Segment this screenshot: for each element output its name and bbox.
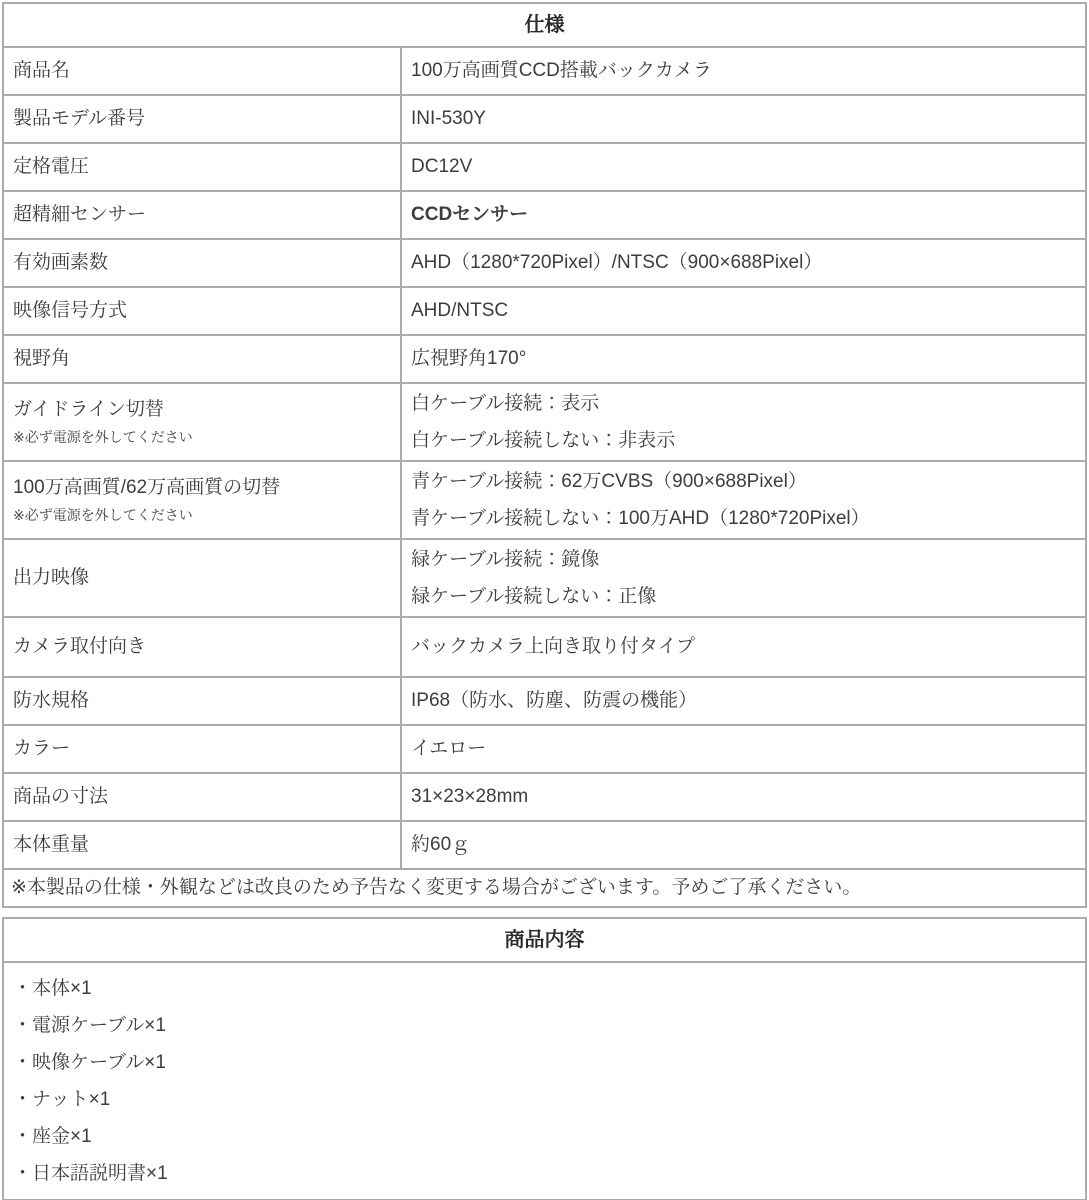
spec-label-cell: カラー [3, 725, 401, 773]
spec-value-cell: 青ケーブル接続：62万CVBS（900×688Pixel）青ケーブル接続しない：… [401, 461, 1086, 539]
spec-label: 100万高画質/62万高画質の切替 [13, 475, 391, 501]
spec-label: 定格電圧 [13, 154, 391, 180]
spec-row: 映像信号方式AHD/NTSC [3, 287, 1086, 335]
spec-label: カメラ取付向き [13, 634, 391, 660]
contents-item: ・日本語説明書×1 [13, 1155, 1076, 1192]
spec-label: 製品モデル番号 [13, 106, 391, 132]
spec-row: 防水規格IP68（防水、防塵、防震の機能） [3, 677, 1086, 725]
spec-footnote-row: ※本製品の仕様・外観などは改良のため予告なく変更する場合がございます。予めご了承… [3, 869, 1086, 907]
spec-row: 超精細センサーCCDセンサー [3, 191, 1086, 239]
spec-row: 商品の寸法31×23×28mm [3, 773, 1086, 821]
spec-value-cell: 白ケーブル接続：表示白ケーブル接続しない：非表示 [401, 383, 1086, 461]
spec-label-cell: カメラ取付向き [3, 617, 401, 677]
contents-table: 商品内容 ・本体×1・電源ケーブル×1・映像ケーブル×1・ナット×1・座金×1・… [2, 917, 1087, 1200]
spec-label-cell: 防水規格 [3, 677, 401, 725]
spec-label-cell: 商品の寸法 [3, 773, 401, 821]
spec-value-cell: 100万高画質CCD搭載バックカメラ [401, 47, 1086, 95]
contents-item: ・座金×1 [13, 1118, 1076, 1155]
spec-value-cell: 31×23×28mm [401, 773, 1086, 821]
spec-label: 出力映像 [13, 565, 391, 591]
spec-table-title: 仕様 [3, 3, 1086, 47]
product-spec-page: 仕様 商品名100万高画質CCD搭載バックカメラ製品モデル番号INI-530Y定… [0, 0, 1089, 1200]
spec-label-cell: 商品名 [3, 47, 401, 95]
spec-row: 視野角広視野角170° [3, 335, 1086, 383]
spec-value-cell: AHD（1280*720Pixel）/NTSC（900×688Pixel） [401, 239, 1086, 287]
spec-label-cell: 100万高画質/62万高画質の切替※必ず電源を外してください [3, 461, 401, 539]
spec-row: 製品モデル番号INI-530Y [3, 95, 1086, 143]
spec-label: ガイドライン切替 [13, 397, 391, 423]
spec-row: 100万高画質/62万高画質の切替※必ず電源を外してください青ケーブル接続：62… [3, 461, 1086, 539]
spec-label: 有効画素数 [13, 250, 391, 276]
spec-label: 商品名 [13, 58, 391, 84]
spec-value-cell: 約60ｇ [401, 821, 1086, 869]
spec-value-line: 青ケーブル接続しない：100万AHD（1280*720Pixel） [411, 500, 1076, 537]
spec-row: 出力映像緑ケーブル接続：鏡像緑ケーブル接続しない：正像 [3, 539, 1086, 617]
spec-label-cell: 有効画素数 [3, 239, 401, 287]
spec-row: 商品名100万高画質CCD搭載バックカメラ [3, 47, 1086, 95]
spec-value-line: 白ケーブル接続しない：非表示 [411, 422, 1076, 459]
spec-label-note: ※必ず電源を外してください [13, 506, 391, 525]
spec-row: 有効画素数AHD（1280*720Pixel）/NTSC（900×688Pixe… [3, 239, 1086, 287]
spec-label-note: ※必ず電源を外してください [13, 428, 391, 447]
spec-label-cell: 本体重量 [3, 821, 401, 869]
spec-label-cell: 視野角 [3, 335, 401, 383]
spec-label: 映像信号方式 [13, 298, 391, 324]
spec-label-cell: 製品モデル番号 [3, 95, 401, 143]
spec-value-cell: バックカメラ上向き取り付タイプ [401, 617, 1086, 677]
spec-value-line: 緑ケーブル接続：鏡像 [411, 541, 1076, 578]
spec-value-cell: IP68（防水、防塵、防震の機能） [401, 677, 1086, 725]
spec-row: 定格電圧DC12V [3, 143, 1086, 191]
spec-value-line: 白ケーブル接続：表示 [411, 385, 1076, 422]
spec-label: カラー [13, 736, 391, 762]
spec-label: 超精細センサー [13, 202, 391, 228]
spec-value-cell: AHD/NTSC [401, 287, 1086, 335]
spec-label-cell: 超精細センサー [3, 191, 401, 239]
contents-table-title-row: 商品内容 [3, 918, 1086, 962]
spec-row: 本体重量約60ｇ [3, 821, 1086, 869]
contents-item: ・ナット×1 [13, 1081, 1076, 1118]
contents-item: ・映像ケーブル×1 [13, 1044, 1076, 1081]
spec-table: 仕様 商品名100万高画質CCD搭載バックカメラ製品モデル番号INI-530Y定… [2, 2, 1087, 908]
spec-value-cell: イエロー [401, 725, 1086, 773]
spec-label: 商品の寸法 [13, 784, 391, 810]
spec-value-cell: INI-530Y [401, 95, 1086, 143]
contents-item: ・本体×1 [13, 970, 1076, 1007]
contents-table-title: 商品内容 [3, 918, 1086, 962]
spec-row: カラーイエロー [3, 725, 1086, 773]
contents-list-row: ・本体×1・電源ケーブル×1・映像ケーブル×1・ナット×1・座金×1・日本語説明… [3, 962, 1086, 1200]
spec-value-cell: 広視野角170° [401, 335, 1086, 383]
spec-value-line: 緑ケーブル接続しない：正像 [411, 578, 1076, 615]
contents-list: ・本体×1・電源ケーブル×1・映像ケーブル×1・ナット×1・座金×1・日本語説明… [3, 962, 1086, 1200]
spec-label: 本体重量 [13, 832, 391, 858]
spec-value-line: 青ケーブル接続：62万CVBS（900×688Pixel） [411, 463, 1076, 500]
spec-label: 防水規格 [13, 688, 391, 714]
spec-label: 視野角 [13, 346, 391, 372]
spec-label-cell: 映像信号方式 [3, 287, 401, 335]
spec-row: カメラ取付向きバックカメラ上向き取り付タイプ [3, 617, 1086, 677]
spec-footnote: ※本製品の仕様・外観などは改良のため予告なく変更する場合がございます。予めご了承… [3, 869, 1086, 907]
spec-label-cell: ガイドライン切替※必ず電源を外してください [3, 383, 401, 461]
contents-item: ・電源ケーブル×1 [13, 1007, 1076, 1044]
spec-label-cell: 出力映像 [3, 539, 401, 617]
spec-value-cell: CCDセンサー [401, 191, 1086, 239]
spec-row: ガイドライン切替※必ず電源を外してください白ケーブル接続：表示白ケーブル接続しな… [3, 383, 1086, 461]
spec-value-cell: 緑ケーブル接続：鏡像緑ケーブル接続しない：正像 [401, 539, 1086, 617]
spec-table-title-row: 仕様 [3, 3, 1086, 47]
spec-label-cell: 定格電圧 [3, 143, 401, 191]
spec-value-cell: DC12V [401, 143, 1086, 191]
